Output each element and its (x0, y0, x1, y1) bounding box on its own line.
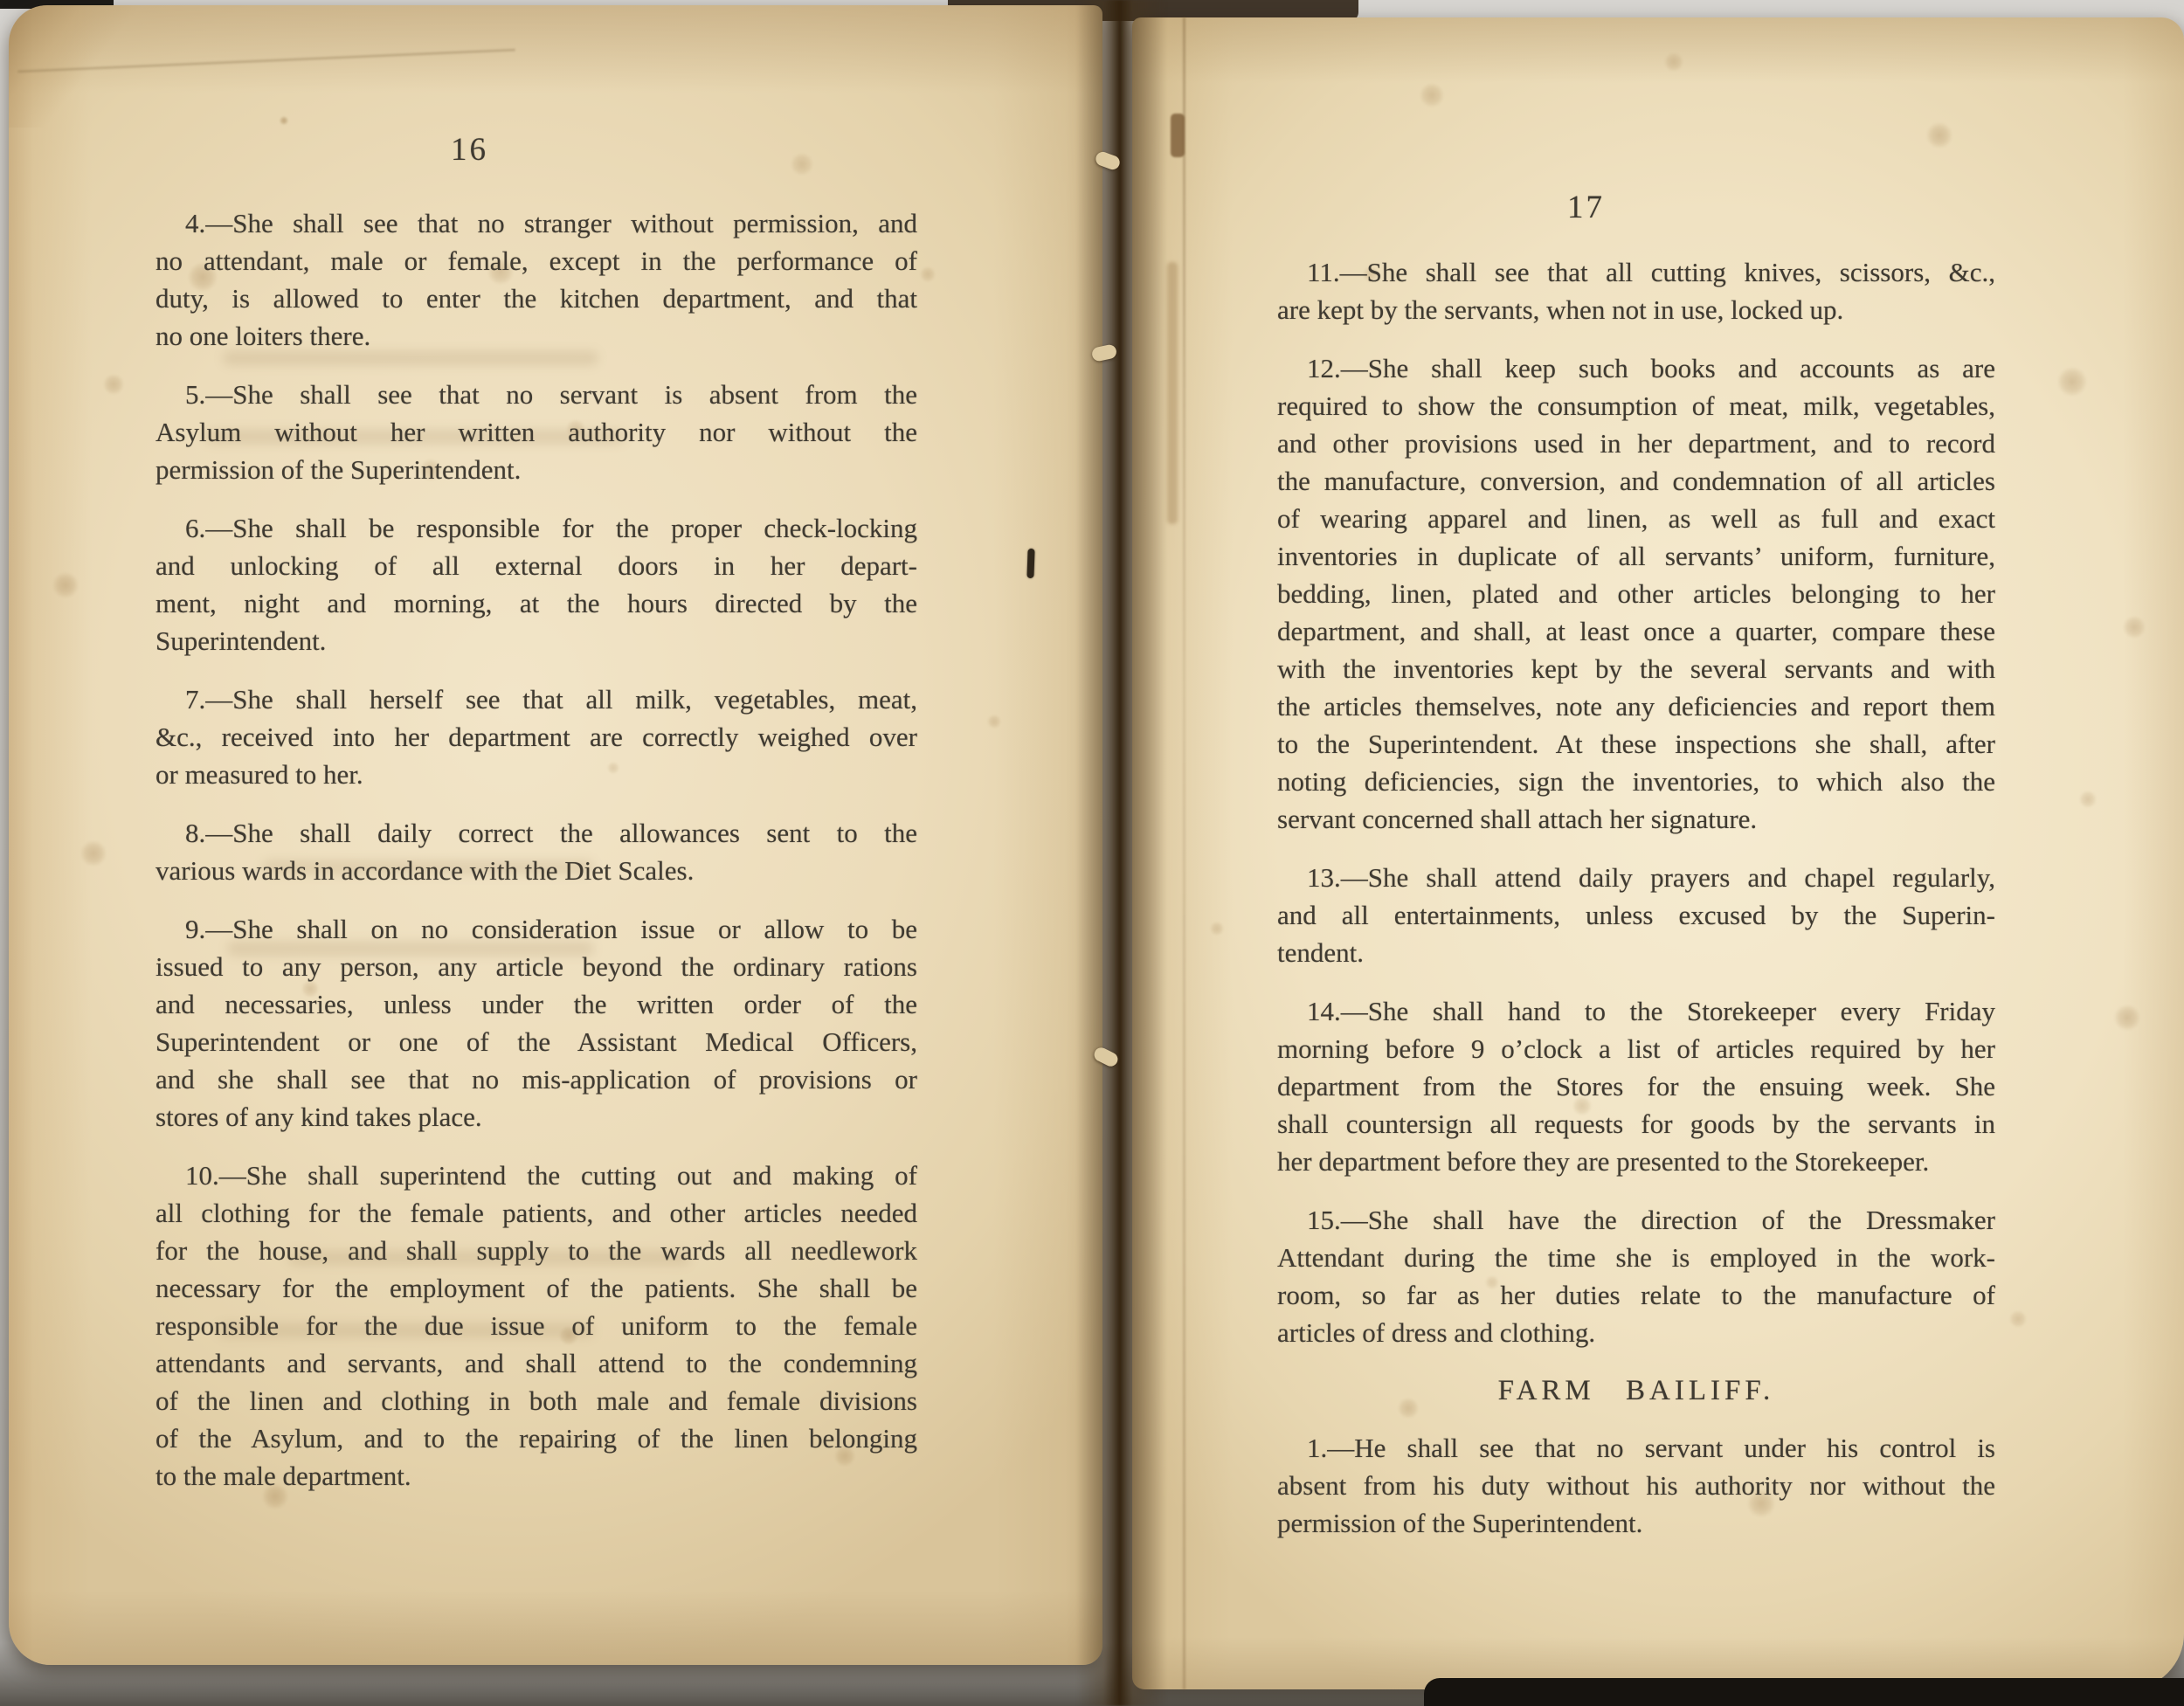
foxing-stain (920, 266, 936, 282)
book-scan: 16 17 4.—She shall see that no stranger … (0, 0, 2184, 1706)
text-line: permission of the Superintendent. (1277, 1504, 1995, 1542)
text-line: bedding, linen, plated and other article… (1277, 575, 1995, 612)
text-line: or measured to her. (156, 756, 917, 793)
text-line: department, and shall, at least once a q… (1277, 612, 1995, 650)
text-line: necessary for the employment of the pati… (156, 1269, 917, 1307)
text-line: various wards in accordance with the Die… (156, 852, 917, 889)
paragraph: 14.—She shall hand to the Storekeeper ev… (1277, 992, 1995, 1180)
text-line: to the Superintendent. At these inspecti… (1277, 725, 1995, 763)
text-line: 7.—She shall herself see that all milk, … (156, 680, 917, 718)
paragraph: 15.—She shall have the direction of the … (1277, 1201, 1995, 1351)
paragraph: 6.—She shall be responsible for the prop… (156, 509, 917, 660)
text-line: and unlocking of all external doors in h… (156, 547, 917, 584)
text-line: 14.—She shall hand to the Storekeeper ev… (1277, 992, 1995, 1030)
text-line: responsible for the due issue of uniform… (156, 1307, 917, 1344)
paragraph: 11.—She shall see that all cutting knive… (1277, 253, 1995, 328)
text-line: Asylum without her written authority nor… (156, 413, 917, 451)
text-line: absent from his duty without his authori… (1277, 1467, 1995, 1504)
text-line: and necessaries, unless under the writte… (156, 985, 917, 1023)
text-line: stores of any kind takes place. (156, 1098, 917, 1136)
text-line: inventories in duplicate of all servants… (1277, 537, 1995, 575)
text-line: shall countersign all requests for goods… (1277, 1105, 1995, 1143)
right-page-number: 17 (1567, 189, 1605, 226)
right-page-paragraphs: 11.—She shall see that all cutting knive… (1277, 253, 1995, 1351)
text-line: 1.—He shall see that no servant under hi… (1277, 1429, 1995, 1467)
left-page-text-block: 4.—She shall see that no stranger withou… (156, 204, 917, 1516)
paragraph: 13.—She shall attend daily prayers and c… (1277, 859, 1995, 971)
text-line: room, so far as her duties relate to the… (1277, 1276, 1995, 1314)
foxing-stain (80, 840, 107, 867)
text-line: permission of the Superintendent. (156, 451, 917, 488)
paragraph: 12.—She shall keep such books and accoun… (1277, 349, 1995, 838)
left-page-number: 16 (451, 131, 488, 169)
foxing-stain (1210, 922, 1224, 936)
paragraph: 10.—She shall superintend the cutting ou… (156, 1157, 917, 1495)
foxing-stain (791, 153, 813, 176)
text-line: tendent. (1277, 934, 1995, 971)
text-line: articles of dress and clothing. (1277, 1314, 1995, 1351)
text-line: Attendant during the time she is employe… (1277, 1239, 1995, 1276)
text-line: and other provisions used in her departm… (1277, 425, 1995, 462)
text-line: and she shall see that no mis-applicatio… (156, 1060, 917, 1098)
text-line: 8.—She shall daily correct the allowance… (156, 814, 917, 852)
right-page-text-block: 11.—She shall see that all cutting knive… (1277, 253, 1995, 1563)
foxing-stain (2057, 367, 2087, 397)
text-line: are kept by the servants, when not in us… (1277, 291, 1995, 328)
text-line: 9.—She shall on no consideration issue o… (156, 910, 917, 948)
text-line: the manufacture, conversion, and condemn… (1277, 462, 1995, 500)
text-line: required to show the consumption of meat… (1277, 387, 1995, 425)
text-line: to the male department. (156, 1457, 917, 1495)
text-line: department from the Stores for the ensui… (1277, 1067, 1995, 1105)
text-line: and all entertainments, unless excused b… (1277, 896, 1995, 934)
text-line: for the house, and shall supply to the w… (156, 1232, 917, 1269)
text-line: attendants and servants, and shall atten… (156, 1344, 917, 1382)
text-line: ment, night and morning, at the hours di… (156, 584, 917, 622)
foxing-stain (1926, 122, 1952, 148)
text-line: 15.—She shall have the direction of the … (1277, 1201, 1995, 1239)
foxing-stain (1664, 52, 1683, 72)
foxing-stain (2123, 616, 2146, 639)
text-line: 4.—She shall see that no stranger withou… (156, 204, 917, 242)
gutter-shadow (1076, 0, 1167, 1706)
foxing-stain (52, 572, 79, 598)
text-line: noting deficiencies, sign the inventorie… (1277, 763, 1995, 800)
text-line: of the Asylum, and to the repairing of t… (156, 1419, 917, 1457)
gutter-stain (1167, 262, 1178, 524)
text-line: morning before 9 o’clock a list of artic… (1277, 1030, 1995, 1067)
text-line: of wearing apparel and linen, as well as… (1277, 500, 1995, 537)
text-line: her department before they are presented… (1277, 1143, 1995, 1180)
text-line: Superintendent. (156, 622, 917, 660)
text-line: 5.—She shall see that no servant is abse… (156, 376, 917, 413)
scanner-edge-bottom-right (1424, 1678, 2184, 1706)
text-line: no one loiters there. (156, 317, 917, 355)
paragraph: 9.—She shall on no consideration issue o… (156, 910, 917, 1136)
text-line: with the inventories kept by the several… (1277, 650, 1995, 687)
foxing-stain (2009, 1310, 2027, 1328)
ink-mark (1026, 549, 1034, 578)
text-line: 6.—She shall be responsible for the prop… (156, 509, 917, 547)
text-line: &c., received into her department are co… (156, 718, 917, 756)
text-line: Superintendent or one of the Assistant M… (156, 1023, 917, 1060)
section-heading-farm-bailiff: FARM BAILIFF. (1277, 1372, 1995, 1410)
foxing-stain (987, 715, 1001, 729)
text-line: 13.—She shall attend daily prayers and c… (1277, 859, 1995, 896)
foxing-stain (1420, 83, 1444, 107)
text-line: servant concerned shall attach her signa… (1277, 800, 1995, 838)
text-line: 10.—She shall superintend the cutting ou… (156, 1157, 917, 1194)
foxing-stain (2079, 791, 2097, 808)
left-page-paragraphs: 4.—She shall see that no stranger withou… (156, 204, 917, 1495)
text-line: issued to any person, any article beyond… (156, 948, 917, 985)
paragraph: 7.—She shall herself see that all milk, … (156, 680, 917, 793)
text-line: no attendant, male or female, except in … (156, 242, 917, 280)
text-line: 12.—She shall keep such books and accoun… (1277, 349, 1995, 387)
text-line: 11.—She shall see that all cutting knive… (1277, 253, 1995, 291)
paragraph: 5.—She shall see that no servant is abse… (156, 376, 917, 488)
paragraph: 8.—She shall daily correct the allowance… (156, 814, 917, 889)
foxing-stain (280, 116, 288, 125)
farm-bailiff-paragraphs: 1.—He shall see that no servant under hi… (1277, 1429, 1995, 1542)
text-line: of the linen and clothing in both male a… (156, 1382, 917, 1419)
gutter-stain (1171, 114, 1185, 157)
text-line: duty, is allowed to enter the kitchen de… (156, 280, 917, 317)
text-line: the articles themselves, note any defici… (1277, 687, 1995, 725)
foxing-stain (103, 374, 124, 395)
paragraph: 1.—He shall see that no servant under hi… (1277, 1429, 1995, 1542)
foxing-stain (2114, 1005, 2140, 1031)
text-line: all clothing for the female patients, an… (156, 1194, 917, 1232)
paragraph: 4.—She shall see that no stranger withou… (156, 204, 917, 355)
